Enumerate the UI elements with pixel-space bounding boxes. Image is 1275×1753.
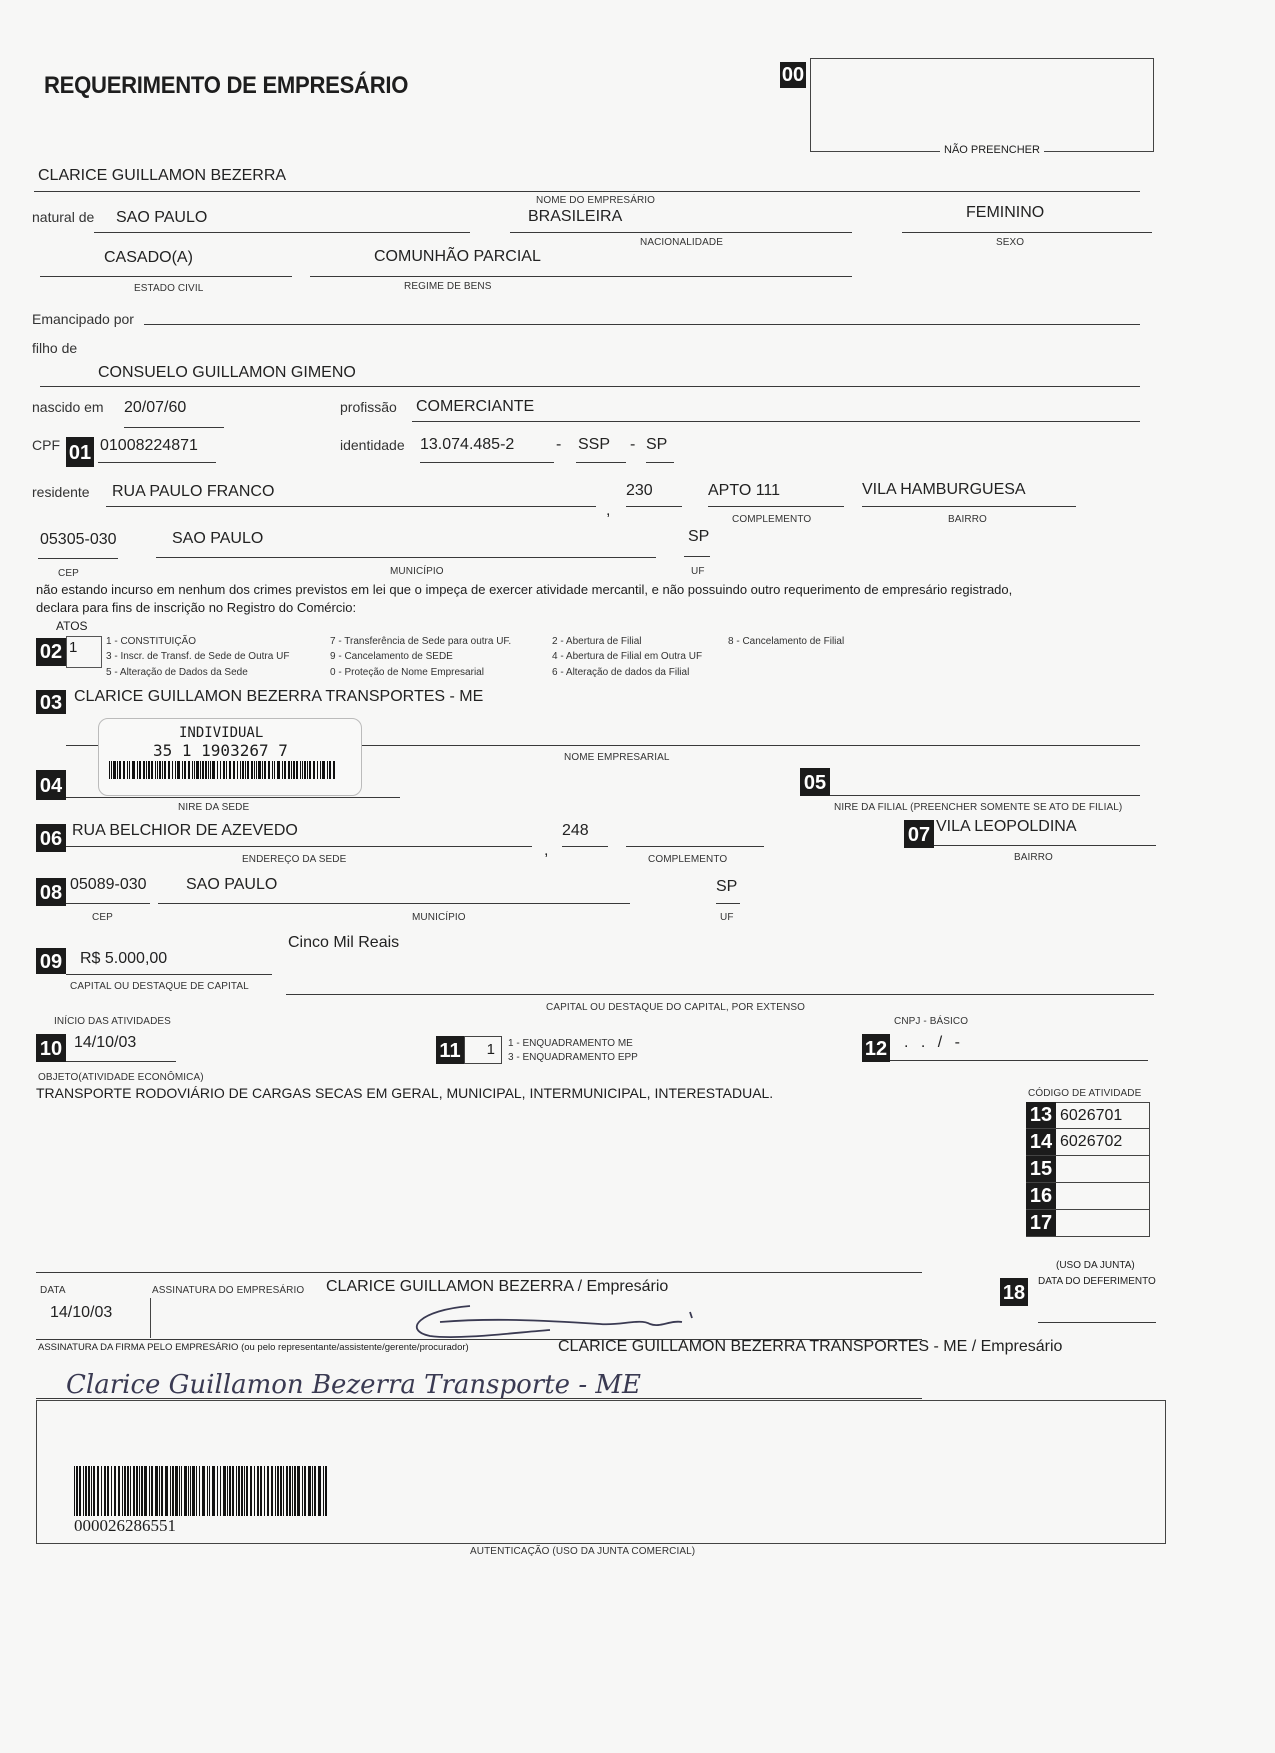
hq-number-field[interactable]: 248	[562, 822, 589, 840]
cep-field[interactable]: 05305-030	[40, 531, 117, 549]
acts-option: 6 - Alteração de dados da Filial	[552, 667, 689, 678]
activity-code-field[interactable]	[1056, 1156, 1150, 1182]
hq-cep-field[interactable]: 05089-030	[70, 876, 147, 894]
capital-in-words-field[interactable]: Cinco Mil Reais	[288, 934, 399, 952]
birth-date-field[interactable]: 20/07/60	[124, 399, 186, 417]
city-caption: MUNICÍPIO	[390, 566, 444, 577]
date-caption: DATA	[40, 1285, 66, 1296]
district-caption: BAIRRO	[948, 514, 987, 525]
field-number-01: 01	[66, 437, 94, 467]
acts-code-input[interactable]: 1	[66, 636, 102, 668]
acts-option: 3 - Inscr. de Transf. de Sede de Outra U…	[106, 651, 289, 662]
nire-filial-caption: NIRE DA FILIAL (PREENCHER SOMENTE SE ATO…	[834, 802, 1122, 813]
natural-field[interactable]: SAO PAULO	[116, 209, 207, 227]
hq-address-field[interactable]: RUA BELCHIOR DE AZEVEDO	[72, 822, 298, 840]
signature-caption: ASSINATURA DO EMPRESÁRIO	[152, 1285, 304, 1296]
nire-barcode	[109, 761, 337, 779]
rg-uf-field[interactable]: SP	[646, 436, 667, 454]
emancipated-label: Emancipado por	[32, 311, 134, 327]
civil-status-field[interactable]: CASADO(A)	[104, 249, 193, 267]
sex-caption: SEXO	[996, 237, 1024, 248]
complement-caption: COMPLEMENTO	[732, 514, 811, 525]
approval-date-caption: DATA DO DEFERIMENTO	[1038, 1276, 1156, 1287]
firm-handwritten-signature: Clarice Guillamon Bezerra Transporte - M…	[66, 1370, 641, 1400]
acts-option: 5 - Alteração de Dados da Sede	[106, 667, 248, 678]
field-number-05: 05	[800, 768, 830, 796]
birth-label: nascido em	[32, 399, 104, 415]
resident-label: residente	[32, 484, 90, 500]
activity-code-caption: CÓDIGO DE ATIVIDADE	[1028, 1088, 1141, 1099]
activity-code-field[interactable]	[1056, 1183, 1150, 1209]
activity-code-field[interactable]: 6026701	[1056, 1102, 1150, 1128]
cep-caption: CEP	[58, 568, 79, 579]
street-field[interactable]: RUA PAULO FRANCO	[112, 483, 274, 501]
hq-district-caption: BAIRRO	[1014, 852, 1053, 863]
hq-complement-caption: COMPLEMENTO	[648, 854, 727, 865]
business-name-field[interactable]: CLARICE GUILLAMON BEZERRA TRANSPORTES - …	[74, 688, 483, 706]
hq-cep-caption: CEP	[92, 912, 113, 923]
activity-code-field[interactable]: 6026702	[1056, 1129, 1150, 1155]
hq-uf-caption: UF	[720, 912, 734, 923]
start-date-caption: INÍCIO DAS ATIVIDADES	[54, 1016, 171, 1027]
hq-city-field[interactable]: SAO PAULO	[186, 876, 277, 894]
activity-code-row: 136026701	[1026, 1102, 1150, 1129]
acts-label: ATOS	[56, 619, 88, 633]
field-number-10: 10	[36, 1034, 66, 1062]
signer-name: CLARICE GUILLAMON BEZERRA / Empresário	[326, 1278, 668, 1296]
hq-address-caption: ENDEREÇO DA SEDE	[242, 854, 346, 865]
rg-issuer-field[interactable]: SSP	[578, 436, 610, 454]
cpf-label: CPF	[32, 437, 60, 453]
capital-in-words-caption: CAPITAL OU DESTAQUE DO CAPITAL, POR EXTE…	[546, 1002, 805, 1013]
acts-option: 4 - Abertura de Filial em Outra UF	[552, 651, 702, 662]
authentication-caption: AUTENTICAÇÃO (USO DA JUNTA COMERCIAL)	[470, 1546, 695, 1557]
activity-code-field[interactable]	[1056, 1210, 1150, 1236]
acts-option: 8 - Cancelamento de Filial	[728, 636, 844, 647]
civil-status-caption: ESTADO CIVIL	[134, 283, 203, 294]
hq-district-field[interactable]: VILA LEOPOLDINA	[936, 818, 1077, 836]
classification-option-epp: 3 - ENQUADRAMENTO EPP	[508, 1052, 638, 1063]
acts-option: 2 - Abertura de Filial	[552, 636, 642, 647]
signature-date-field[interactable]: 14/10/03	[50, 1304, 112, 1322]
id-label: identidade	[340, 437, 405, 453]
activity-code-number: 17	[1026, 1210, 1056, 1236]
nire-sticker-type: INDIVIDUAL	[179, 725, 263, 741]
classification-option-me: 1 - ENQUADRAMENTO ME	[508, 1038, 633, 1049]
city-field[interactable]: SAO PAULO	[172, 530, 263, 548]
start-date-field[interactable]: 14/10/03	[74, 1034, 136, 1052]
activity-code-number: 13	[1026, 1102, 1056, 1128]
field-number-18: 18	[1000, 1278, 1028, 1306]
parent-name-field[interactable]: CONSUELO GUILLAMON GIMENO	[98, 364, 356, 382]
field-number-06: 06	[36, 824, 66, 852]
field-number-00: 00	[780, 62, 806, 88]
authentication-barcode	[74, 1466, 328, 1516]
uf-field[interactable]: SP	[688, 528, 709, 546]
property-regime-field[interactable]: COMUNHÃO PARCIAL	[374, 248, 541, 266]
uf-caption: UF	[691, 566, 705, 577]
activity-code-number: 16	[1026, 1183, 1056, 1209]
firm-signature-caption: ASSINATURA DA FIRMA PELO EMPRESÁRIO (ou …	[38, 1342, 469, 1353]
hq-city-caption: MUNICÍPIO	[412, 912, 466, 923]
cnpj-field[interactable]: . . / -	[904, 1034, 964, 1052]
activity-code-row: 15	[1026, 1156, 1150, 1183]
field-number-07: 07	[904, 820, 934, 848]
property-regime-caption: REGIME DE BENS	[404, 281, 492, 292]
authentication-barcode-number: 000026286551	[74, 1516, 176, 1536]
field-number-04: 04	[36, 770, 66, 800]
field-number-12: 12	[862, 1034, 890, 1062]
classification-value: 1	[487, 1041, 495, 1058]
acts-option: 0 - Proteção de Nome Empresarial	[330, 667, 484, 678]
firm-signer-name: CLARICE GUILLAMON BEZERRA TRANSPORTES - …	[558, 1338, 1062, 1356]
activity-code-row: 17	[1026, 1210, 1150, 1237]
sex-field[interactable]: FEMININO	[966, 204, 1044, 222]
field-number-02: 02	[36, 638, 66, 666]
acts-code-value: 1	[69, 639, 77, 656]
activity-code-number: 15	[1026, 1156, 1056, 1182]
activity-code-row: 146026702	[1026, 1129, 1150, 1156]
nationality-field[interactable]: BRASILEIRA	[528, 208, 622, 226]
cpf-field[interactable]: 01008224871	[100, 437, 198, 455]
field-number-03: 03	[36, 690, 66, 714]
profession-label: profissão	[340, 399, 397, 415]
capital-field[interactable]: R$ 5.000,00	[80, 950, 167, 968]
declaration-line-2: declara para fins de inscrição no Regist…	[36, 600, 356, 615]
nationality-caption: NACIONALIDADE	[640, 237, 723, 248]
activity-object-field[interactable]: TRANSPORTE RODOVIÁRIO DE CARGAS SECAS EM…	[36, 1085, 773, 1101]
nire-sticker-number: 35 1 1903267 7	[153, 741, 288, 760]
activity-code-table: 136026701146026702151617	[1026, 1102, 1150, 1237]
natural-label: natural de	[32, 209, 94, 225]
activity-code-number: 14	[1026, 1129, 1056, 1155]
business-name-caption: NOME EMPRESARIAL	[564, 752, 670, 763]
capital-caption: CAPITAL OU DESTAQUE DE CAPITAL	[70, 981, 249, 992]
field-number-08: 08	[36, 878, 66, 906]
nire-sticker: INDIVIDUAL 35 1 1903267 7	[98, 718, 362, 796]
entrepreneur-name-caption: NOME DO EMPRESÁRIO	[536, 195, 655, 206]
board-use-caption: (USO DA JUNTA)	[1056, 1260, 1135, 1271]
street-number-field[interactable]: 230	[626, 482, 653, 500]
parent-label: filho de	[32, 340, 77, 356]
office-use-caption: NÃO PREENCHER	[940, 144, 1044, 156]
field-number-09: 09	[36, 948, 66, 974]
rg-field[interactable]: 13.074.485-2	[420, 436, 514, 454]
declaration-line-1: não estando incurso em nenhum dos crimes…	[36, 582, 1012, 597]
hq-uf-field[interactable]: SP	[716, 878, 737, 896]
complement-field[interactable]: APTO 111	[708, 482, 780, 500]
activity-code-row: 16	[1026, 1183, 1150, 1210]
acts-option: 1 - CONSTITUIÇÃO	[106, 636, 196, 647]
nire-caption: NIRE DA SEDE	[178, 802, 249, 813]
district-field[interactable]: VILA HAMBURGUESA	[862, 481, 1026, 499]
field-number-11: 11	[436, 1036, 464, 1064]
classification-input[interactable]: 1	[464, 1036, 502, 1064]
entrepreneur-name[interactable]: CLARICE GUILLAMON BEZERRA	[38, 167, 286, 185]
signature-scribble	[400, 1300, 720, 1340]
profession-field[interactable]: COMERCIANTE	[416, 398, 534, 416]
page-title: REQUERIMENTO DE EMPRESÁRIO	[44, 72, 408, 100]
cnpj-caption: CNPJ - BÁSICO	[894, 1016, 968, 1027]
acts-option: 9 - Cancelamento de SEDE	[330, 651, 453, 662]
office-use-box	[810, 58, 1154, 152]
acts-option: 7 - Transferência de Sede para outra UF.	[330, 636, 511, 647]
activity-object-caption: OBJETO(ATIVIDADE ECONÔMICA)	[38, 1072, 204, 1083]
